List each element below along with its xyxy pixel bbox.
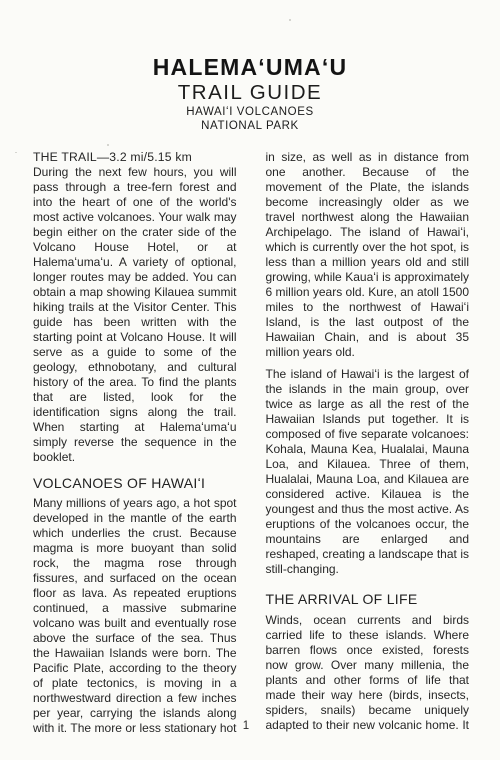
section-heading-volcanoes: VOLCANOES OF HAWAIʻI <box>33 475 237 492</box>
scan-artifact <box>15 152 17 153</box>
right-column: in size, as well as in distance from one… <box>266 150 470 734</box>
island-of-hawaii-paragraph: The island of Hawaiʻi is the largest of … <box>266 367 470 577</box>
trail-paragraph: During the next few hours, you will pass… <box>33 165 237 465</box>
document-subtitle: TRAIL GUIDE <box>0 80 500 105</box>
scan-artifact <box>289 19 291 21</box>
park-name-line1: HAWAIʻI VOLCANOES <box>0 105 500 119</box>
left-column: THE TRAIL—3.2 mi/5.15 km During the next… <box>33 150 237 734</box>
document-title: HALEMAʻUMAʻU <box>0 54 500 80</box>
page-number: 1 <box>243 720 249 732</box>
section-heading-the-trail: THE TRAIL—3.2 mi/5.15 km <box>33 150 237 165</box>
trail-guide-page: HALEMAʻUMAʻU TRAIL GUIDE HAWAIʻI VOLCANO… <box>0 0 500 760</box>
volcanoes-paragraph: Many millions of years ago, a hot spot d… <box>33 496 237 734</box>
scan-artifact <box>107 144 109 146</box>
document-header: HALEMAʻUMAʻU TRAIL GUIDE HAWAIʻI VOLCANO… <box>0 0 500 133</box>
page-footer: 1 <box>0 716 492 734</box>
park-name-line2: NATIONAL PARK <box>0 119 500 133</box>
section-heading-arrival-of-life: THE ARRIVAL OF LIFE <box>266 591 470 608</box>
two-column-body: THE TRAIL—3.2 mi/5.15 km During the next… <box>33 150 469 734</box>
continuation-paragraph: in size, as well as in distance from one… <box>266 150 470 360</box>
